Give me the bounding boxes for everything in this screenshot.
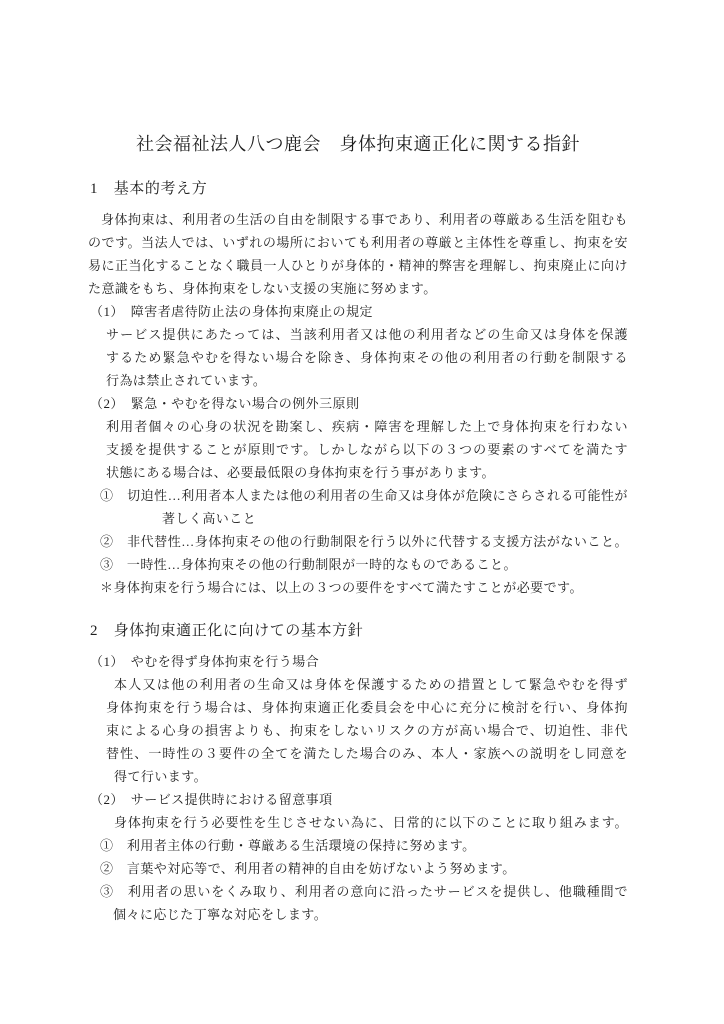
section-2-item-2-label: （2） サービス提供時における留意事項 (88, 788, 628, 811)
section-2-item-1-line-5: 得て行います。 (88, 765, 628, 788)
section-1-intro-line-4: た意識をもち、身体拘束をしない支援の実施に努めます。 (88, 277, 628, 300)
document-blocks: 1 基本的考え方身体拘束は、利用者の生活の自由を制限する事であり、利用者の尊厳あ… (88, 178, 628, 926)
section-2-item-1-line-1: 本人又は他の利用者の生命又は身体を保護するための措置として緊急やむを得ず (88, 673, 628, 696)
section-1-item-1-line-1: サービス提供にあたっては、当該利用者又は他の利用者などの生命又は身体を保護 (88, 323, 628, 346)
principle-1-urgency-line-2: 著しく高いこと (88, 507, 628, 530)
section-1-item-2-line-2: 支援を提供することが原則です。しかしながら以下の３つの要素のすべてを満たす (88, 438, 628, 461)
section-1-item-2-label: （2） 緊急・やむを得ない場合の例外三原則 (88, 392, 628, 415)
principle-2-non-substitutability: ② 非代替性…身体拘束その他の行動制限を行う以外に代替する支援方法がないこと。 (88, 530, 628, 553)
document-page: 社会福祉法人八つ鹿会 身体拘束適正化に関する指針 1 基本的考え方身体拘束は、利… (0, 0, 724, 1024)
document-title: 社会福祉法人八つ鹿会 身体拘束適正化に関する指針 (88, 131, 628, 157)
document-body: 社会福祉法人八つ鹿会 身体拘束適正化に関する指針 1 基本的考え方身体拘束は、利… (0, 0, 628, 926)
section-2-item-1-line-4: 替性、一時性の３要件の全てを満たした場合のみ、本人・家族への説明をし同意を (88, 742, 628, 765)
section-1-item-2-line-1: 利用者個々の心身の状況を勘案し、疾病・障害を理解した上で身体拘束を行わない (88, 415, 628, 438)
section-1-item-2-line-3: 状態にある場合は、必要最低限の身体拘束を行う事があります。 (88, 461, 628, 484)
section-1-item-1-label: （1） 障害者虐待防止法の身体拘束廃止の規定 (88, 300, 628, 323)
section-1-intro-line-2: のです。当法人では、いずれの場所においても利用者の尊厳と主体性を尊重し、拘束を安 (88, 231, 628, 254)
section-1-heading: 1 基本的考え方 (88, 178, 628, 200)
daily-effort-1: ① 利用者主体の行動・尊厳ある生活環境の保持に努めます。 (88, 834, 628, 857)
section-1-item-1-line-2: するため緊急やむを得ない場合を除き、身体拘束その他の利用者の行動を制限する (88, 346, 628, 369)
daily-effort-2: ② 言葉や対応等で、利用者の精神的自由を妨げないよう努めます。 (88, 857, 628, 880)
section-2-item-1-line-2: 身体拘束を行う場合は、身体拘束適正化委員会を中心に充分に検討を行い、身体拘 (88, 696, 628, 719)
daily-effort-3-line-1: ③ 利用者の思いをくみ取り、利用者の意向に沿ったサービスを提供し、他職種間で (88, 880, 628, 903)
principles-note: ＊身体拘束を行う場合には、以上の３つの要件をすべて満たすことが必要です。 (88, 576, 628, 599)
section-1-item-1-line-3: 行為は禁止されています。 (88, 369, 628, 392)
section-2-item-1-label: （1） やむを得ず身体拘束を行う場合 (88, 650, 628, 673)
daily-effort-3-line-2: 個々に応じた丁寧な対応をします。 (88, 903, 628, 926)
section-2-item-2-line-1: 身体拘束を行う必要性を生じさせない為に、日常的に以下のことに取り組みます。 (88, 811, 628, 834)
principle-1-urgency-line-1: ① 切迫性…利用者本人または他の利用者の生命又は身体が危険にさらされる可能性が (88, 484, 628, 507)
section-1-intro-line-1: 身体拘束は、利用者の生活の自由を制限する事であり、利用者の尊厳ある生活を阻むも (88, 208, 628, 231)
principle-3-temporariness: ③ 一時性…身体拘束その他の行動制限が一時的なものであること。 (88, 553, 628, 576)
section-2-item-1-line-3: 束による心身の損害よりも、拘束をしないリスクの方が高い場合で、切迫性、非代 (88, 719, 628, 742)
section-2-heading: 2 身体拘束適正化に向けての基本方針 (88, 620, 628, 642)
section-1-intro-line-3: 易に正当化することなく職員一人ひとりが身体的・精神的弊害を理解し、拘束廃止に向け (88, 254, 628, 277)
